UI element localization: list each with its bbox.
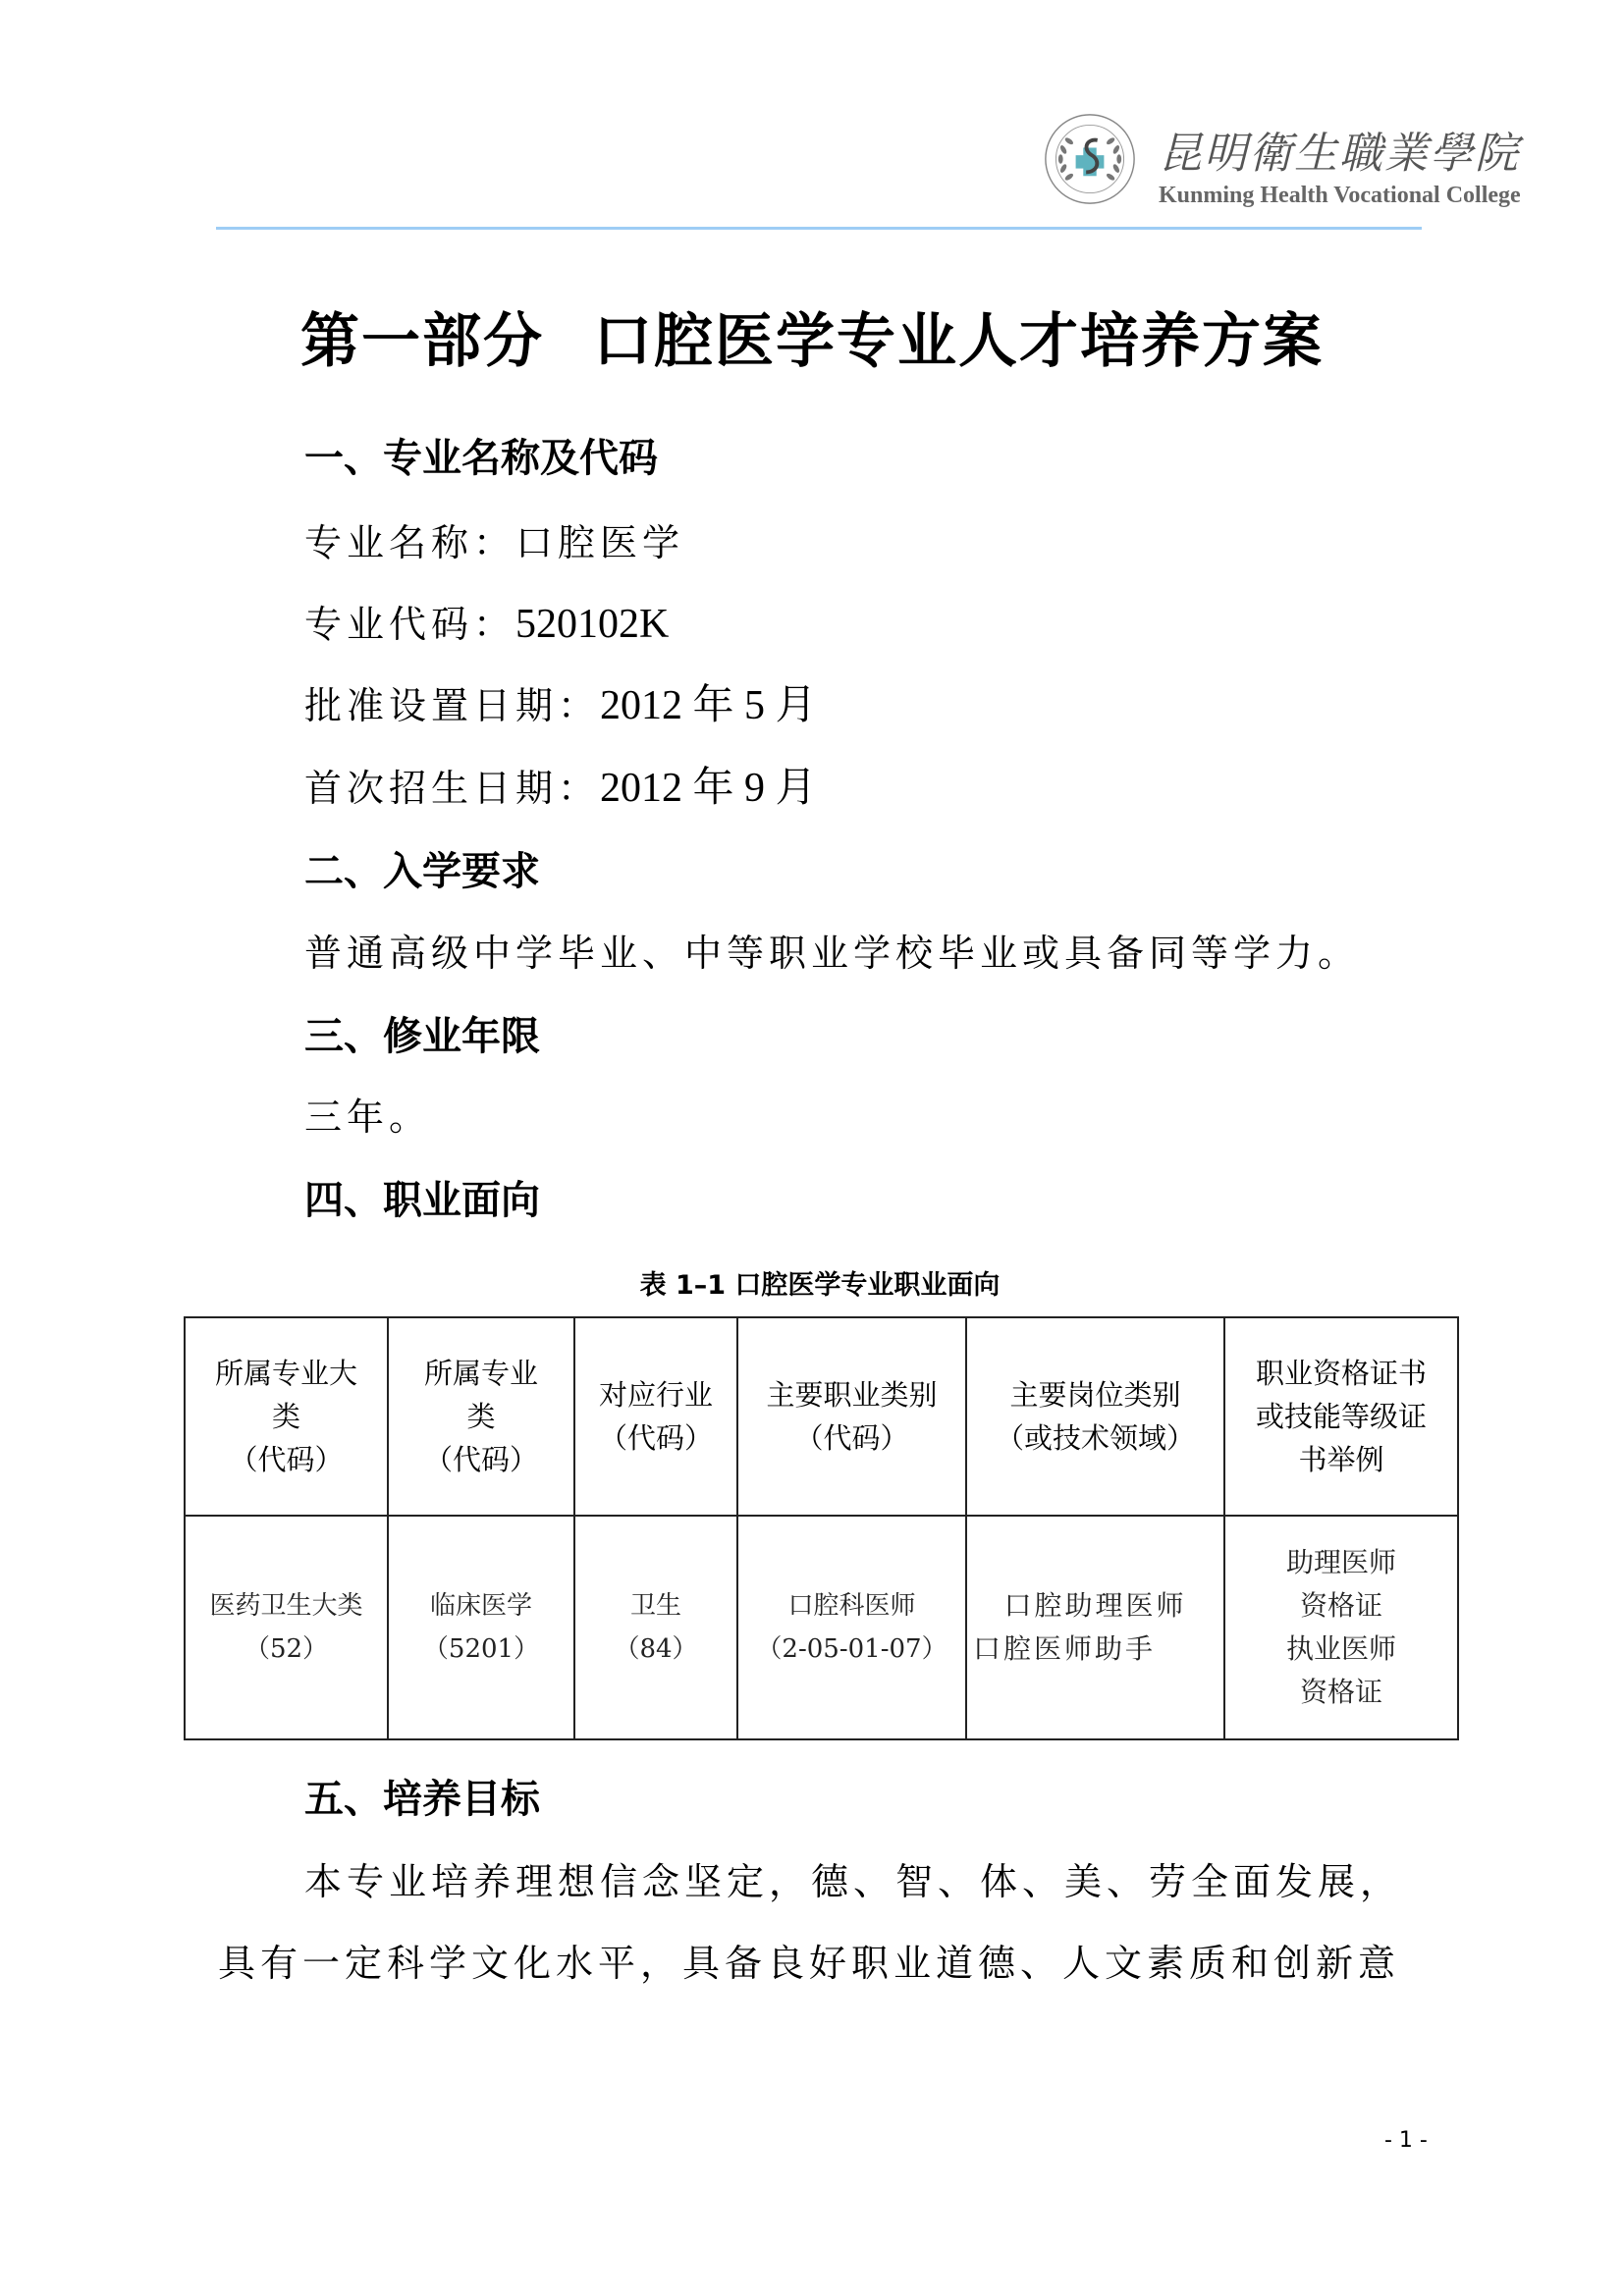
section-heading-1: 一、专业名称及代码 bbox=[304, 434, 658, 483]
field-value: 520102K bbox=[515, 602, 669, 647]
field-major-name: 专业名称：口腔医学 bbox=[304, 518, 684, 567]
field-approval-date: 批准设置日期：2012 年 5 月 bbox=[304, 681, 817, 730]
title-part: 第一部分 bbox=[300, 307, 544, 376]
page-title: 第一部分口腔医学专业人才培养方案 bbox=[0, 294, 1624, 379]
cell-position-category: 口腔助理医师口腔医师助手 bbox=[966, 1516, 1224, 1739]
cell-major-category: 医药卫生大类（52） bbox=[185, 1516, 388, 1739]
cell-certificates: 助理医师资格证执业医师资格证 bbox=[1224, 1516, 1458, 1739]
page-number: - 1 - bbox=[1384, 2128, 1428, 2153]
field-major-code: 专业代码：520102K bbox=[304, 600, 669, 649]
header-certificates: 职业资格证书或技能等级证书举例 bbox=[1224, 1317, 1458, 1516]
header-position-category: 主要岗位类别（或技术领域） bbox=[966, 1317, 1224, 1516]
training-goal-line-1: 本专业培养理想信念坚定，德、智、体、美、劳全面发展， bbox=[304, 1857, 1402, 1906]
field-value: 口腔医学 bbox=[515, 521, 684, 564]
table-caption: 表 1–1 口腔医学专业职业面向 bbox=[184, 1266, 1456, 1306]
section-heading-4: 四、职业面向 bbox=[304, 1176, 540, 1225]
section-heading-3: 三、修业年限 bbox=[304, 1012, 540, 1061]
training-goal-line-2: 具有一定科学文化水平，具备良好职业道德、人文素质和创新意 bbox=[218, 1939, 1400, 1988]
title-text: 口腔医学专业人才培养方案 bbox=[593, 307, 1324, 376]
occupation-table: 所属专业大类（代码） 所属专业类（代码） 对应行业（代码） 主要职业类别（代码）… bbox=[184, 1316, 1459, 1740]
field-value: 2012 年 9 月 bbox=[600, 766, 817, 811]
table-row: 医药卫生大类（52） 临床医学（5201） 卫生（84） 口腔科医师（2-05-… bbox=[185, 1516, 1458, 1739]
college-name-en: Kunming Health Vocational College bbox=[1159, 183, 1521, 209]
cell-industry: 卫生（84） bbox=[574, 1516, 737, 1739]
college-name-cn: 昆明衛生職業學院 bbox=[1159, 118, 1520, 181]
field-label: 专业代码： bbox=[304, 603, 515, 646]
admission-requirement-text: 普通高级中学毕业、中等职业学校毕业或具备同等学力。 bbox=[304, 929, 1360, 978]
college-seal-icon bbox=[1043, 112, 1137, 206]
study-duration-text: 三年。 bbox=[304, 1093, 431, 1142]
field-first-enrollment-date: 首次招生日期：2012 年 9 月 bbox=[304, 764, 817, 813]
field-label: 专业名称： bbox=[304, 521, 515, 564]
header-major-class: 所属专业类（代码） bbox=[388, 1317, 574, 1516]
header-occupation-category: 主要职业类别（代码） bbox=[737, 1317, 966, 1516]
college-logo: 昆明衛生職業學院 Kunming Health Vocational Colle… bbox=[1039, 108, 1432, 216]
cell-major-class: 临床医学（5201） bbox=[388, 1516, 574, 1739]
field-label: 批准设置日期： bbox=[304, 684, 600, 727]
section-heading-2: 二、入学要求 bbox=[304, 847, 540, 896]
header-major-category: 所属专业大类（代码） bbox=[185, 1317, 388, 1516]
table-header-row: 所属专业大类（代码） 所属专业类（代码） 对应行业（代码） 主要职业类别（代码）… bbox=[185, 1317, 1458, 1516]
header-industry: 对应行业（代码） bbox=[574, 1317, 737, 1516]
field-value: 2012 年 5 月 bbox=[600, 683, 817, 728]
field-label: 首次招生日期： bbox=[304, 767, 600, 810]
section-heading-5: 五、培养目标 bbox=[304, 1775, 540, 1824]
header-divider bbox=[216, 227, 1422, 230]
cell-occupation-category: 口腔科医师（2-05-01-07） bbox=[737, 1516, 966, 1739]
